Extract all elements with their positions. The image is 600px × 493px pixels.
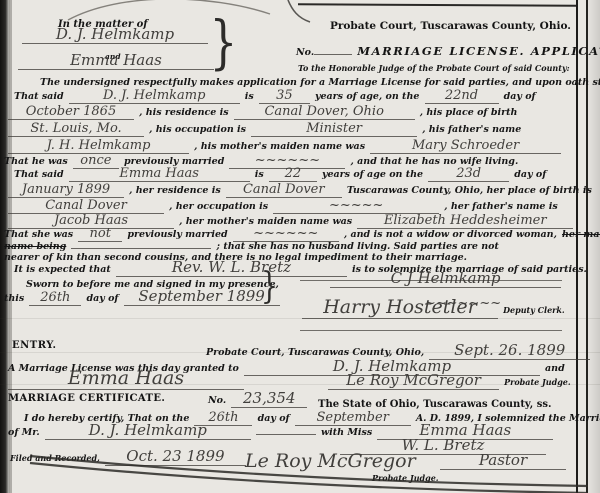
court-heading: Probate Court, Tuscarawas County, Ohio. — [330, 14, 571, 33]
certificate-heading-line: MARRIAGE CERTIFICATE. — [8, 386, 165, 405]
scanned-marriage-license-document: In the matter of D. J. Helmkamp and Emma… — [0, 0, 600, 493]
sworn-day-hw: 26th — [29, 291, 81, 306]
sworn-brace: } — [261, 266, 278, 307]
entry-heading-line: ENTRY. — [12, 333, 57, 352]
matter-party1-line: D. J. Helmkamp — [22, 24, 208, 44]
entry-heading: ENTRY. — [12, 340, 57, 351]
sworn-day-of: day of — [86, 293, 118, 304]
certificate-no-line: No. 23,354 — [208, 388, 307, 408]
matter-brace: } — [210, 8, 238, 76]
party1-handwriting: D. J. Helmkamp — [22, 27, 208, 44]
entry-judge-line: Le Roy McGregor Probate Judge. — [328, 370, 571, 390]
bride-struck-her-married: her married — [562, 229, 600, 240]
party2-handwriting: Emma Haas — [18, 53, 214, 70]
signature-rule-1 — [300, 280, 562, 281]
of-mr-label: of Mr. — [8, 427, 40, 438]
entry-judge-title: Probate Judge. — [504, 377, 571, 387]
clerk-title-label: Deputy Clerk. — [503, 305, 565, 315]
matter-party2-line: Emma Haas — [18, 50, 214, 70]
certificate-heading: MARRIAGE CERTIFICATE. — [8, 393, 165, 404]
certificate-no-label: No. — [208, 395, 226, 406]
sworn-this: this — [4, 293, 24, 304]
signature-rule-2 — [300, 330, 562, 331]
no-blank — [314, 45, 352, 55]
clerk-signature-line: Harry Hostetler Deputy Clerk. — [302, 298, 565, 319]
clerk-signature-hw: Harry Hostetler — [302, 298, 498, 319]
certificate-groom-hw: D. J. Helmkamp — [45, 423, 251, 440]
certificate-blank — [256, 425, 316, 435]
entry-judge-signature-hw: Le Roy McGregor — [328, 373, 499, 390]
applicant-signature-line: C J Helmkamp — [330, 268, 561, 288]
sworn-line-2: this 26th day of September 1899 — [4, 286, 280, 306]
bottom-double-rule — [0, 446, 600, 493]
sworn-month-year-hw: September 1899 — [124, 289, 280, 306]
court-heading-text: Probate Court, Tuscarawas County, Ohio. — [330, 20, 571, 32]
